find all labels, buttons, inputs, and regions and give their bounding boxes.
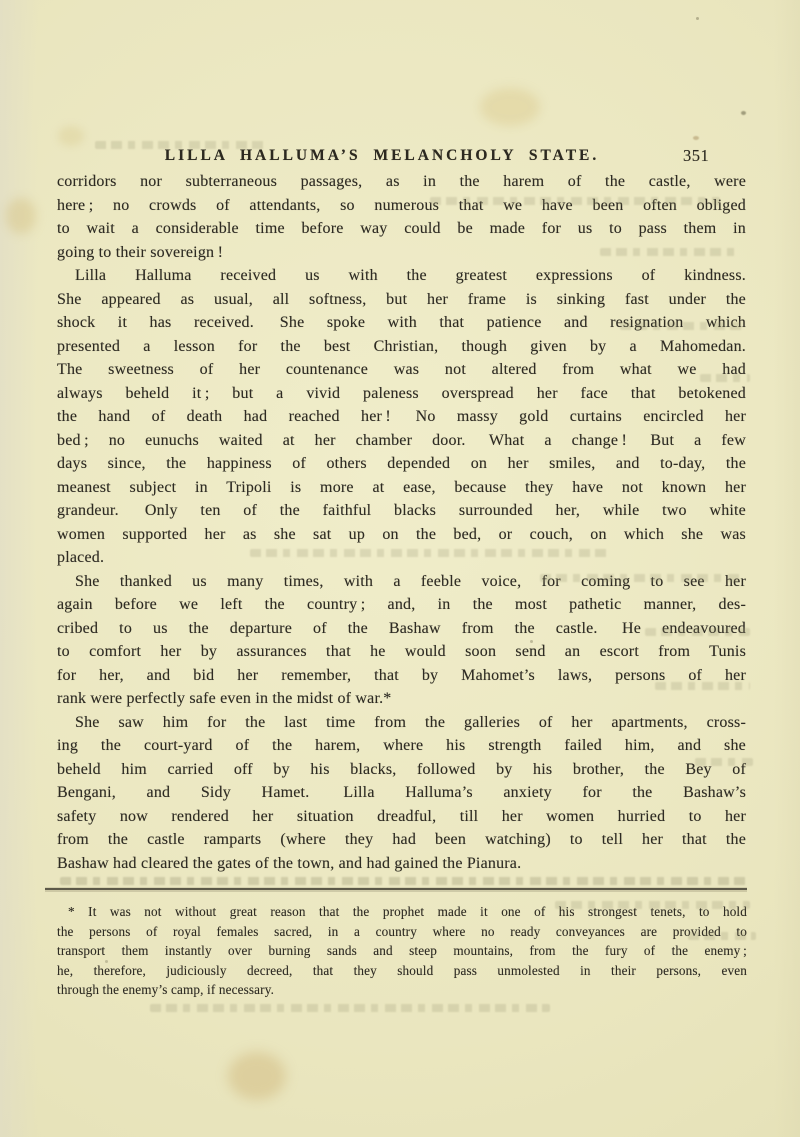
running-title: LILLA HALLUMA’S MELANCHOLY STATE.: [57, 147, 707, 165]
bleedthrough-mark: [60, 877, 748, 885]
footnote: * It was not without great reason that t…: [57, 902, 747, 1000]
text-line: transport them instantly over burning sa…: [57, 941, 747, 961]
text-line: presented a lesson for the best Christia…: [57, 335, 746, 359]
page-number: 351: [683, 146, 709, 166]
text-line: always beheld it ; but a vivid paleness …: [57, 382, 746, 406]
text-line: rank were perfectly safe even in the mid…: [57, 687, 746, 711]
paper-stain: [6, 198, 36, 234]
book-page: LILLA HALLUMA’S MELANCHOLY STATE. 351 co…: [0, 0, 800, 1137]
text-line: The sweetness of her countenance was not…: [57, 358, 746, 382]
text-line: beheld him carried off by his blacks, fo…: [57, 758, 746, 782]
text-line: safety now rendered her situation dreadf…: [57, 805, 746, 829]
text-line: from the castle ramparts (where they had…: [57, 828, 746, 852]
footnote-rule: [45, 888, 747, 890]
paper-speck: [693, 136, 699, 140]
text-line: going to their sovereign !: [57, 241, 746, 265]
text-line: the hand of death had reached her ! No m…: [57, 405, 746, 429]
text-line: bed ; no eunuchs waited at her chamber d…: [57, 429, 746, 453]
text-line: She appeared as usual, all softness, but…: [57, 288, 746, 312]
text-line: grandeur. Only ten of the faithful black…: [57, 499, 746, 523]
text-line: he, therefore, judiciously decreed, that…: [57, 961, 747, 981]
text-line: She saw him for the last time from the g…: [57, 711, 746, 735]
text-line: here ; no crowds of attendants, so numer…: [57, 194, 746, 218]
page-header: LILLA HALLUMA’S MELANCHOLY STATE.: [57, 147, 707, 165]
text-line: to comfort her by assurances that he wou…: [57, 640, 746, 664]
text-line: * It was not without great reason that t…: [57, 902, 747, 922]
text-line: Bengani, and Sidy Hamet. Lilla Halluma’s…: [57, 781, 746, 805]
text-line: for her, and bid her remember, that by M…: [57, 664, 746, 688]
text-line: meanest subject in Tripoli is more at ea…: [57, 476, 746, 500]
paper-stain: [480, 88, 540, 126]
body-text: corridors nor subterraneous passages, as…: [57, 170, 746, 875]
text-line: cribed to us the departure of the Bashaw…: [57, 617, 746, 641]
text-line: women supported her as she sat up on the…: [57, 523, 746, 547]
text-line: to wait a considerable time before way c…: [57, 217, 746, 241]
paper-stain: [228, 1052, 286, 1100]
text-line: again before we left the country ; and, …: [57, 593, 746, 617]
text-line: corridors nor subterraneous passages, as…: [57, 170, 746, 194]
text-line: through the enemy’s camp, if necessary.: [57, 980, 747, 1000]
paper-stain: [58, 126, 84, 146]
text-line: Lilla Halluma received us with the great…: [57, 264, 746, 288]
text-line: days since, the happiness of others depe…: [57, 452, 746, 476]
text-line: Bashaw had cleared the gates of the town…: [57, 852, 746, 876]
text-line: the persons of royal females sacred, in …: [57, 922, 747, 942]
text-line: She thanked us many times, with a feeble…: [57, 570, 746, 594]
paper-speck: [696, 17, 699, 20]
text-line: ing the court-yard of the harem, where h…: [57, 734, 746, 758]
bleedthrough-mark: [150, 1004, 550, 1012]
paper-speck: [741, 111, 746, 115]
text-line: shock it has received. She spoke with th…: [57, 311, 746, 335]
text-line: placed.: [57, 546, 746, 570]
